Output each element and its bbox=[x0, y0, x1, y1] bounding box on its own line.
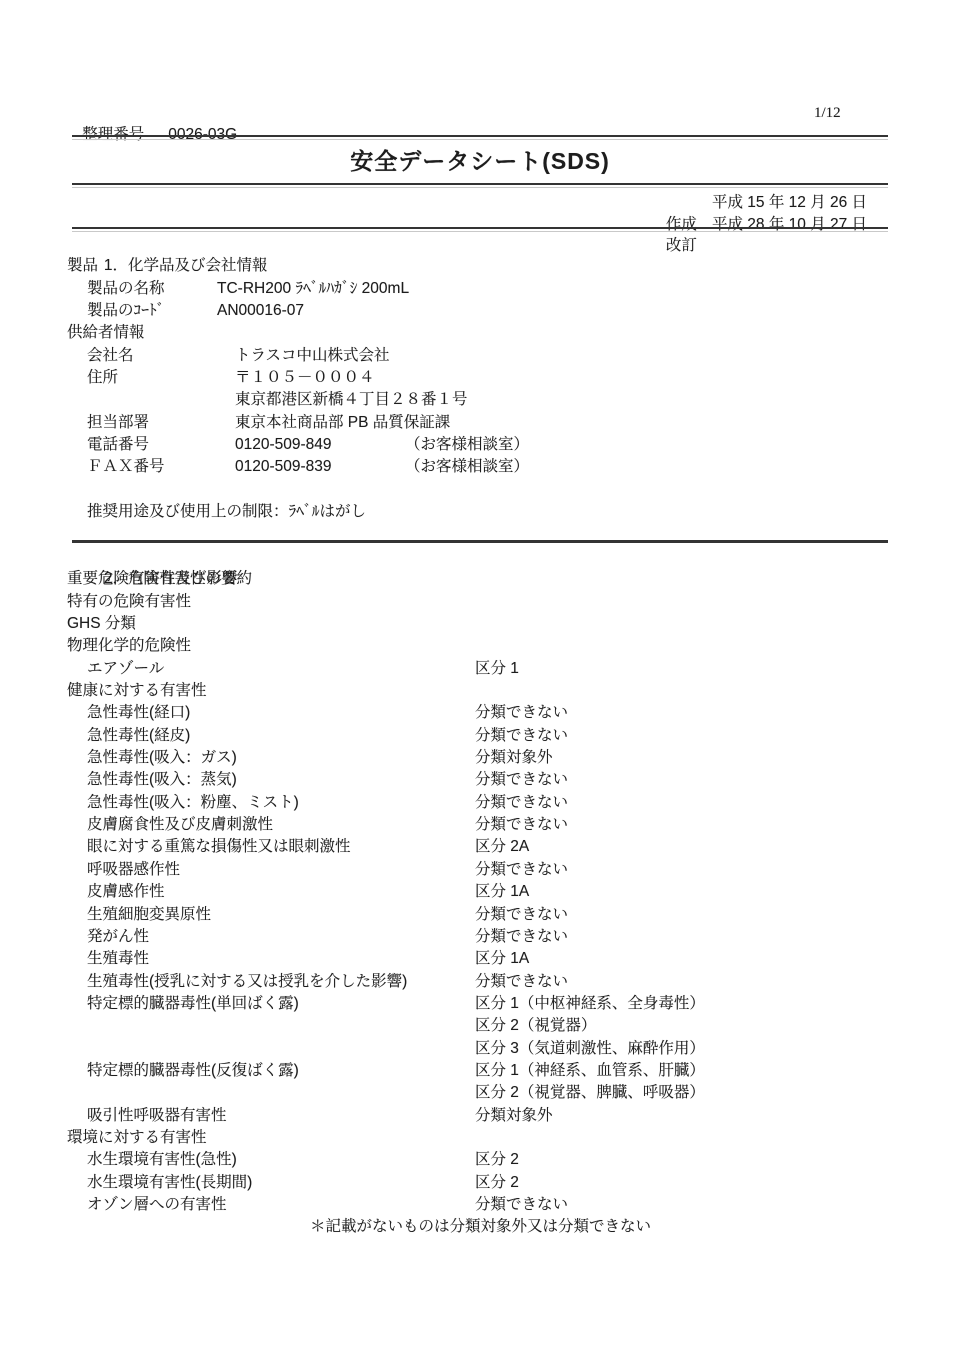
row-label: 製品のｺｰﾄﾞ bbox=[65, 300, 165, 322]
table-row: 急性毒性(経口)分類できない bbox=[65, 702, 895, 724]
row-label: 皮膚腐食性及び皮膚刺激性 bbox=[65, 814, 273, 836]
row-label: 電話番号 bbox=[65, 434, 149, 456]
row-value: 区分 2 bbox=[475, 1149, 519, 1171]
table-row: 電話番号0120-509-849（お客様相談室） bbox=[65, 434, 895, 456]
row-note: （お客様相談室） bbox=[405, 456, 529, 478]
row-label: 眼に対する重篤な損傷性又は眼刺激性 bbox=[65, 836, 351, 858]
row-label: 生殖毒性 bbox=[65, 948, 149, 970]
row-label: 供給者情報 bbox=[65, 322, 145, 344]
row-value: 0120-509-839 bbox=[235, 456, 332, 478]
table-row: 住所〒１０５－０００４ bbox=[65, 367, 895, 389]
row-label: 健康に対する有害性 bbox=[65, 680, 207, 702]
table-row: 眼に対する重篤な損傷性又は眼刺激性区分 2A bbox=[65, 836, 895, 858]
row-value: トラスコ中山株式会社 bbox=[235, 345, 390, 367]
table-row: 特定標的臓器毒性(反復ばく露)区分 1（神経系、血管系、肝臓） bbox=[65, 1060, 895, 1082]
row-value: 区分 2A bbox=[475, 836, 529, 858]
row-value: 東京本社商品部 PB 品質保証課 bbox=[235, 412, 450, 434]
row-label: 製品 bbox=[65, 255, 98, 277]
page-indicator: 1/12 bbox=[814, 102, 841, 124]
row-value: 分類できない bbox=[475, 1194, 568, 1216]
row-value: 分類できない bbox=[475, 971, 568, 993]
row-value: 区分 2（視覚器） bbox=[475, 1015, 596, 1037]
row-label: 環境に対する有害性 bbox=[65, 1127, 207, 1149]
table-row: 急性毒性(吸入：ガス)分類対象外 bbox=[65, 747, 895, 769]
row-value: 区分 1（中枢神経系、全身毒性） bbox=[475, 993, 705, 1015]
row-label: 会社名 bbox=[65, 345, 134, 367]
table-row: 急性毒性(吸入：蒸気)分類できない bbox=[65, 769, 895, 791]
section1-heading-row: 1．化学品及び会社情報 bbox=[65, 233, 895, 255]
row-value: 区分 2（視覚器、脾臓、呼吸器） bbox=[475, 1082, 705, 1104]
row-value: 区分 3（気道刺激性、麻酔作用） bbox=[475, 1038, 705, 1060]
table-row: 水生環境有害性(急性)区分 2 bbox=[65, 1149, 895, 1171]
table-row: オゾン層への有害性分類できない bbox=[65, 1194, 895, 1216]
row-value: 分類できない bbox=[475, 859, 568, 881]
row-value: 0120-509-849 bbox=[235, 434, 332, 456]
table-row: 区分 2（視覚器、脾臓、呼吸器） bbox=[65, 1082, 895, 1104]
table-row: 急性毒性(吸入：粉塵、ミスト)分類できない bbox=[65, 792, 895, 814]
row-value: 区分 1A bbox=[475, 881, 529, 903]
row-value: 分類できない bbox=[475, 702, 568, 724]
row-label: 急性毒性(経皮) bbox=[65, 725, 190, 747]
table-row: 水生環境有害性(長期間)区分 2 bbox=[65, 1172, 895, 1194]
table-row: 推奨用途及び使用上の制限：ﾗﾍﾞﾙはがし bbox=[65, 501, 895, 523]
row-label: 生殖毒性(授乳に対する又は授乳を介した影響) bbox=[65, 971, 407, 993]
row-label: 急性毒性(吸入：ガス) bbox=[65, 747, 237, 769]
section2-heading-row: 2．危険有害性の要約 bbox=[65, 546, 895, 568]
table-row: 皮膚感作性区分 1A bbox=[65, 881, 895, 903]
row-label: 重要危険有害性及び影響 bbox=[65, 568, 238, 590]
table-row: 製品のｺｰﾄﾞAN00016-07 bbox=[65, 300, 895, 322]
table-row: 重要危険有害性及び影響 bbox=[65, 568, 895, 590]
horizontal-rule-top bbox=[72, 135, 888, 137]
row-label: 急性毒性(吸入：蒸気) bbox=[65, 769, 237, 791]
table-row: 皮膚腐食性及び皮膚刺激性分類できない bbox=[65, 814, 895, 836]
table-row: 生殖毒性(授乳に対する又は授乳を介した影響)分類できない bbox=[65, 971, 895, 993]
row-value: 分類できない bbox=[475, 814, 568, 836]
table-row: 特有の危険有害性 bbox=[65, 591, 895, 613]
table-row: 環境に対する有害性 bbox=[65, 1127, 895, 1149]
table-row: 区分 2（視覚器） bbox=[65, 1015, 895, 1037]
table-row: 製品の名称TC-RH200 ﾗﾍﾞﾙﾊｶﾞｼ 200mL bbox=[65, 278, 895, 300]
page-title: 安全データシート(SDS) bbox=[0, 146, 960, 176]
row-value: 分類できない bbox=[475, 769, 568, 791]
row-label: 特定標的臓器毒性(反復ばく露) bbox=[65, 1060, 299, 1082]
row-label: 特定標的臓器毒性(単回ばく露) bbox=[65, 993, 299, 1015]
row-label: 物理化学的危険性 bbox=[65, 635, 191, 657]
table-row: ＦＡＸ番号0120-509-839（お客様相談室） bbox=[65, 456, 895, 478]
table-row: 物理化学的危険性 bbox=[65, 635, 895, 657]
row-label: 水生環境有害性(長期間) bbox=[65, 1172, 252, 1194]
table-row: 東京都港区新橋４丁目２８番１号 bbox=[65, 389, 895, 411]
row-label: 吸引性呼吸器有害性 bbox=[65, 1105, 227, 1127]
footnote: ＊記載がないものは分類対象外又は分類できない bbox=[65, 1216, 651, 1238]
row-label: 特有の危険有害性 bbox=[65, 591, 191, 613]
sds-document-page: 整理番号0026-03G 1/12 安全データシート(SDS) 作成 平成 15… bbox=[0, 0, 960, 1358]
section1-rows: 製品製品の名称TC-RH200 ﾗﾍﾞﾙﾊｶﾞｼ 200mL製品のｺｰﾄﾞAN0… bbox=[65, 255, 895, 523]
row-value: 分類できない bbox=[475, 904, 568, 926]
table-row: GHS 分類 bbox=[65, 613, 895, 635]
row-label: 生殖細胞変異原性 bbox=[65, 904, 211, 926]
row-value: 区分 1A bbox=[475, 948, 529, 970]
row-label: ＦＡＸ番号 bbox=[65, 456, 165, 478]
table-row: 担当部署東京本社商品部 PB 品質保証課 bbox=[65, 412, 895, 434]
row-label: 皮膚感作性 bbox=[65, 881, 165, 903]
table-row: 製品 bbox=[65, 255, 895, 277]
table-row: 急性毒性(経皮)分類できない bbox=[65, 725, 895, 747]
row-label: 呼吸器感作性 bbox=[65, 859, 180, 881]
row-note: （お客様相談室） bbox=[405, 434, 529, 456]
reference-number-row: 整理番号0026-03G bbox=[65, 102, 237, 124]
row-value: 分類できない bbox=[475, 725, 568, 747]
row-value: 分類対象外 bbox=[475, 1105, 553, 1127]
table-row bbox=[65, 479, 895, 501]
section-company-info: 1．化学品及び会社情報 製品製品の名称TC-RH200 ﾗﾍﾞﾙﾊｶﾞｼ 200… bbox=[65, 233, 895, 523]
row-label: 推奨用途及び使用上の制限：ﾗﾍﾞﾙはがし bbox=[65, 501, 366, 523]
row-label: GHS 分類 bbox=[65, 613, 136, 635]
row-label: 発がん性 bbox=[65, 926, 149, 948]
row-value: 分類対象外 bbox=[475, 747, 553, 769]
row-label: 急性毒性(経口) bbox=[65, 702, 190, 724]
row-label: 急性毒性(吸入：粉塵、ミスト) bbox=[65, 792, 299, 814]
footnote-row: ＊記載がないものは分類対象外又は分類できない bbox=[65, 1216, 895, 1238]
row-label: 住所 bbox=[65, 367, 118, 389]
row-value: 区分 2 bbox=[475, 1172, 519, 1194]
section-hazard-summary: 2．危険有害性の要約 重要危険有害性及び影響特有の危険有害性GHS 分類物理化学… bbox=[65, 546, 895, 1239]
table-row: エアゾール区分 1 bbox=[65, 658, 895, 680]
table-row: 生殖毒性区分 1A bbox=[65, 948, 895, 970]
row-value: 分類できない bbox=[475, 926, 568, 948]
table-row: 会社名トラスコ中山株式会社 bbox=[65, 345, 895, 367]
row-value: TC-RH200 ﾗﾍﾞﾙﾊｶﾞｼ 200mL bbox=[217, 278, 409, 300]
row-label: 製品の名称 bbox=[65, 278, 165, 300]
table-row: 生殖細胞変異原性分類できない bbox=[65, 904, 895, 926]
table-row: 供給者情報 bbox=[65, 322, 895, 344]
table-row: 特定標的臓器毒性(単回ばく露)区分 1（中枢神経系、全身毒性） bbox=[65, 993, 895, 1015]
horizontal-rule-under-title bbox=[72, 183, 888, 185]
table-row: 吸引性呼吸器有害性分類対象外 bbox=[65, 1105, 895, 1127]
horizontal-rule-under-dates bbox=[72, 227, 888, 229]
table-row: 呼吸器感作性分類できない bbox=[65, 859, 895, 881]
row-value: AN00016-07 bbox=[217, 300, 304, 322]
created-date: 平成 15 年 12 月 26 日 bbox=[712, 192, 867, 214]
table-row: 発がん性分類できない bbox=[65, 926, 895, 948]
row-label: 水生環境有害性(急性) bbox=[65, 1149, 237, 1171]
row-value: 東京都港区新橋４丁目２８番１号 bbox=[235, 389, 468, 411]
horizontal-rule-section2 bbox=[72, 540, 888, 543]
table-row: 健康に対する有害性 bbox=[65, 680, 895, 702]
row-label: オゾン層への有害性 bbox=[65, 1194, 227, 1216]
row-value: 区分 1（神経系、血管系、肝臓） bbox=[475, 1060, 705, 1082]
row-value: 分類できない bbox=[475, 792, 568, 814]
row-value: 区分 1 bbox=[475, 658, 519, 680]
row-value: 〒１０５－０００４ bbox=[235, 367, 375, 389]
section2-rows: 重要危険有害性及び影響特有の危険有害性GHS 分類物理化学的危険性エアゾール区分… bbox=[65, 568, 895, 1238]
row-label: エアゾール bbox=[65, 658, 164, 680]
row-label: 担当部署 bbox=[65, 412, 149, 434]
table-row: 区分 3（気道刺激性、麻酔作用） bbox=[65, 1038, 895, 1060]
created-date-row: 作成 平成 15 年 12 月 26 日 bbox=[640, 192, 888, 214]
